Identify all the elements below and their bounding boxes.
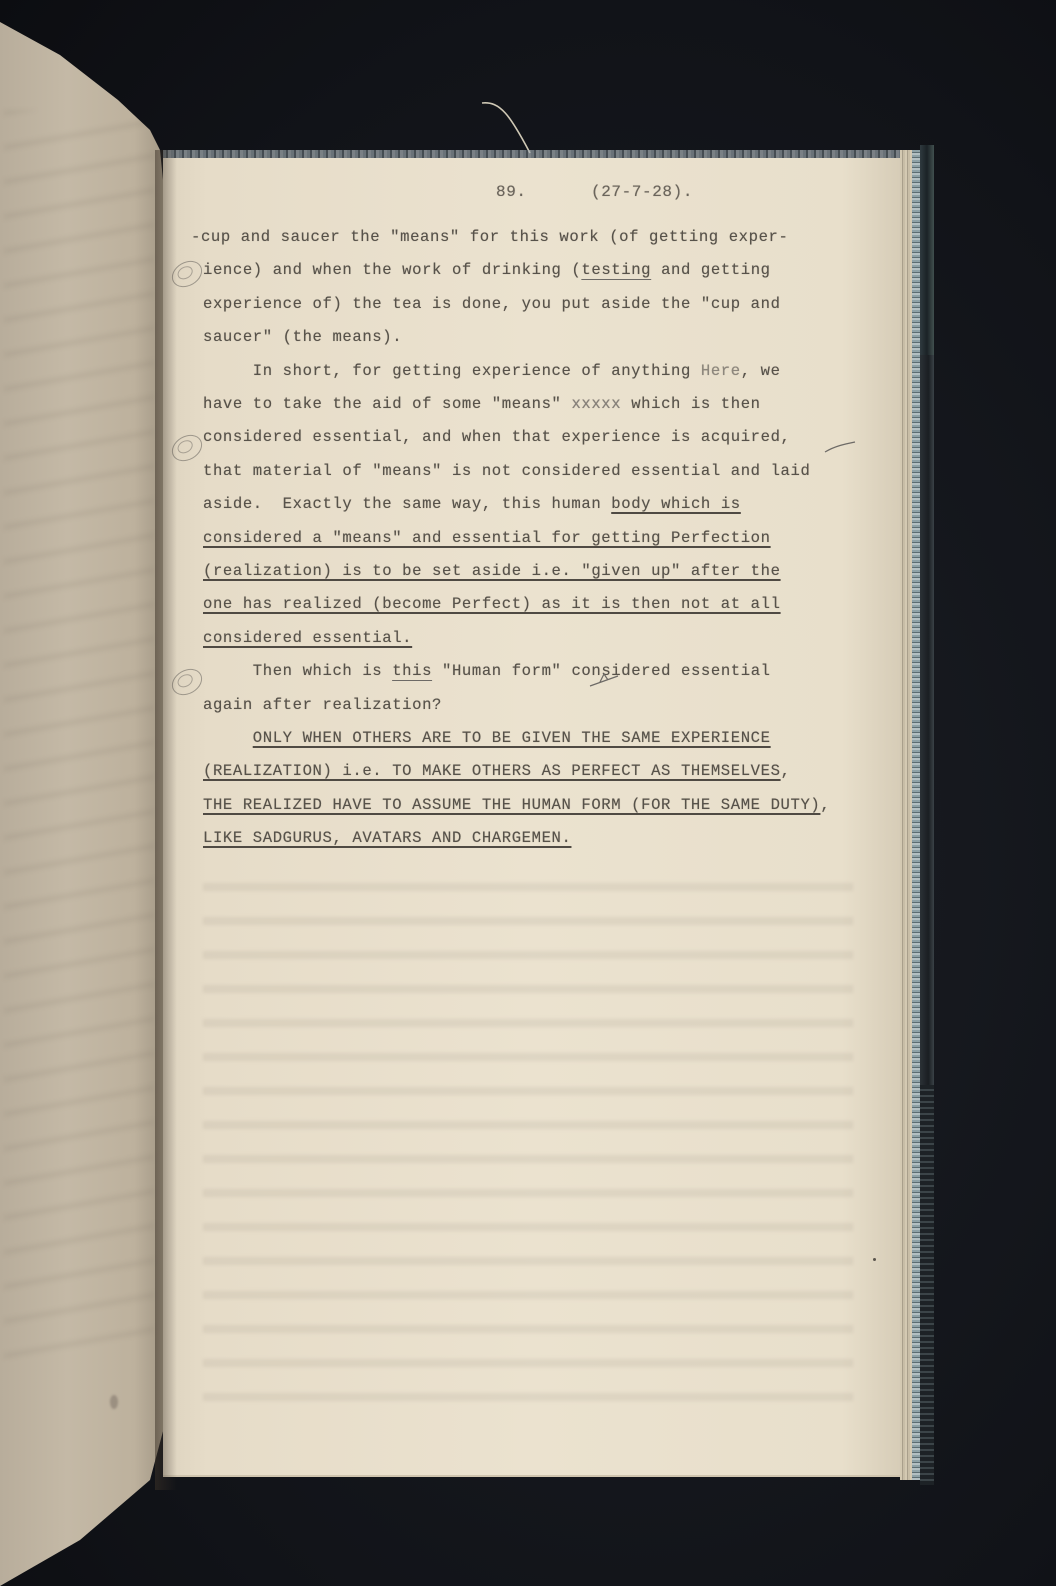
text-segment <box>203 729 253 747</box>
text-segment: THE REALIZED HAVE TO ASSUME THE HUMAN FO… <box>203 796 820 814</box>
text-segment: xxxxx <box>571 395 621 413</box>
text-segment: that material of "means" is not consider… <box>203 462 810 480</box>
text-segment: considered a "means" and essential for g… <box>203 529 771 547</box>
cover-upper <box>920 145 934 355</box>
text-line: Then which is this "Human form" consider… <box>203 662 771 680</box>
text-segment: Here <box>701 362 741 380</box>
text-segment: , <box>820 796 830 814</box>
text-line: In short, for getting experience of anyt… <box>203 362 781 380</box>
text-line: ience) and when the work of drinking (te… <box>203 261 771 279</box>
text-segment: ONLY WHEN OTHERS ARE TO BE GIVEN THE SAM… <box>253 729 771 747</box>
text-line: THE REALIZED HAVE TO ASSUME THE HUMAN FO… <box>203 796 830 814</box>
text-segment: again after realization? <box>203 696 442 714</box>
text-segment: Then which is <box>203 662 392 680</box>
text-segment: testing <box>581 261 651 279</box>
text-segment: LIKE SADGURUS, AVATARS AND CHARGEMEN. <box>203 829 571 847</box>
gutter-shadow <box>155 150 177 1490</box>
text-segment: saucer" (the means). <box>203 328 402 346</box>
text-line: again after realization? <box>203 696 442 714</box>
text-segment: experience of) the tea is done, you put … <box>203 295 781 313</box>
text-line: ONLY WHEN OTHERS ARE TO BE GIVEN THE SAM… <box>203 729 771 747</box>
facing-left-page <box>0 0 168 1586</box>
text-segment: one has realized (become Perfect) as it … <box>203 595 781 613</box>
text-segment: (REALIZATION) i.e. TO MAKE OTHERS AS PER… <box>203 762 781 780</box>
text-segment: this <box>392 662 432 680</box>
text-segment: , <box>781 762 791 780</box>
page-date: (27-7-28). <box>591 183 693 201</box>
text-line: that material of "means" is not consider… <box>203 462 810 480</box>
text-line: considered essential. <box>203 629 412 647</box>
text-line: experience of) the tea is done, you put … <box>203 295 781 313</box>
text-segment: In short, for getting experience of anyt… <box>203 362 701 380</box>
text-segment: which is then <box>621 395 760 413</box>
loose-thread-icon <box>480 95 540 155</box>
text-segment: , we <box>741 362 781 380</box>
text-line: saucer" (the means). <box>203 328 402 346</box>
text-line: considered a "means" and essential for g… <box>203 529 771 547</box>
book-cover-edge <box>920 145 934 1485</box>
typewritten-text: 89. (27-7-28). -cup and saucer the "mean… <box>163 158 901 1475</box>
text-line: considered essential, and when that expe… <box>203 428 791 446</box>
text-segment: (realization) is to be set aside i.e. "g… <box>203 562 781 580</box>
text-segment: considered essential, and when that expe… <box>203 428 791 446</box>
text-line: have to take the aid of some "means" xxx… <box>203 395 761 413</box>
text-segment: ience) and when the work of drinking ( <box>203 261 581 279</box>
text-line: (realization) is to be set aside i.e. "g… <box>203 562 781 580</box>
left-page-showthrough <box>4 110 154 1360</box>
text-segment: considered essential. <box>203 629 412 647</box>
text-line: one has realized (become Perfect) as it … <box>203 595 781 613</box>
ink-speck <box>873 1258 876 1261</box>
text-segment: body which is <box>611 495 740 513</box>
text-segment: aside. Exactly the same way, this human <box>203 495 611 513</box>
insertion-caret-icon <box>588 672 622 688</box>
page-number: 89. <box>496 183 527 201</box>
document-page: 89. (27-7-28). -cup and saucer the "mean… <box>163 158 901 1475</box>
cover-lower <box>920 1085 934 1485</box>
text-line: -cup and saucer the "means" for this wor… <box>191 228 788 246</box>
left-page-stain <box>110 1395 118 1409</box>
text-segment: have to take the aid of some "means" <box>203 395 571 413</box>
text-line: (REALIZATION) i.e. TO MAKE OTHERS AS PER… <box>203 762 791 780</box>
text-line: LIKE SADGURUS, AVATARS AND CHARGEMEN. <box>203 829 571 847</box>
text-line: aside. Exactly the same way, this human … <box>203 495 741 513</box>
pencil-stroke-icon <box>823 440 857 456</box>
text-segment: and getting <box>651 261 771 279</box>
text-segment: -cup and saucer the "means" for this wor… <box>191 228 788 246</box>
